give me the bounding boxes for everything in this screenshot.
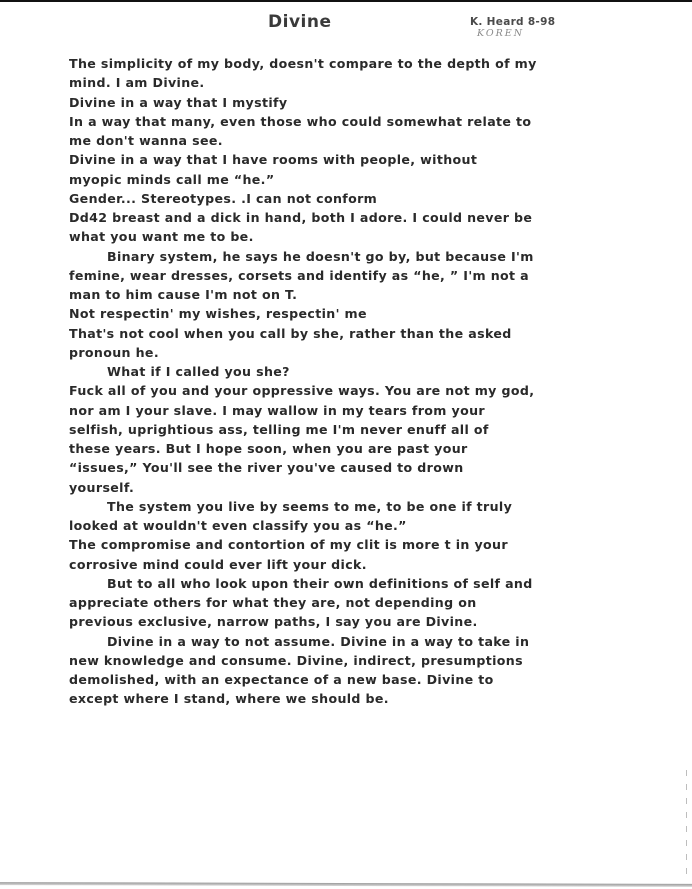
text-line: Dd42 breast and a dick in hand, both I a… (69, 208, 629, 227)
text-line: appreciate others for what they are, not… (69, 593, 629, 612)
text-line: demolished, with an expectance of a new … (69, 670, 629, 689)
text-line: That's not cool when you call by she, ra… (69, 324, 629, 343)
text-line: Gender... Stereotypes. .I can not confor… (69, 189, 629, 208)
text-line: But to all who look upon their own defin… (69, 574, 629, 593)
text-line: mind. I am Divine. (69, 73, 629, 92)
text-line: nor am I your slave. I may wallow in my … (69, 401, 629, 420)
text-line: Divine in a way that I have rooms with p… (69, 150, 629, 169)
text-line: except where I stand, where we should be… (69, 689, 629, 708)
poem-body: The simplicity of my body, doesn't compa… (69, 54, 629, 709)
scan-top-border (0, 0, 692, 2)
text-line: What if I called you she? (69, 362, 629, 381)
text-line: myopic minds call me “he.” (69, 170, 629, 189)
text-line: yourself. (69, 478, 629, 497)
text-line: The system you live by seems to me, to b… (69, 497, 629, 516)
text-line: Fuck all of you and your oppressive ways… (69, 381, 629, 400)
scan-bottom-edge (0, 882, 692, 887)
text-line: The simplicity of my body, doesn't compa… (69, 54, 629, 73)
text-line: previous exclusive, narrow paths, I say … (69, 612, 629, 631)
text-line: looked at wouldn't even classify you as … (69, 516, 629, 535)
text-line: corrosive mind could ever lift your dick… (69, 555, 629, 574)
text-line: femine, wear dresses, corsets and identi… (69, 266, 629, 285)
text-line: Divine in a way to not assume. Divine in… (69, 632, 629, 651)
text-line: new knowledge and consume. Divine, indir… (69, 651, 629, 670)
scan-right-edge (686, 770, 687, 880)
text-line: what you want me to be. (69, 227, 629, 246)
handwritten-annotation: KOREN (477, 28, 524, 39)
text-line: Divine in a way that I mystify (69, 93, 629, 112)
text-line: pronoun he. (69, 343, 629, 362)
text-line: The compromise and contortion of my clit… (69, 535, 629, 554)
document-title: Divine (268, 12, 331, 32)
text-line: man to him cause I'm not on T. (69, 285, 629, 304)
text-line: “issues,” You'll see the river you've ca… (69, 458, 629, 477)
text-line: selfish, uprightious ass, telling me I'm… (69, 420, 629, 439)
author-date-line: K. Heard 8-98 (470, 16, 555, 28)
text-line: these years. But I hope soon, when you a… (69, 439, 629, 458)
text-line: Not respectin' my wishes, respectin' me (69, 304, 629, 323)
text-line: In a way that many, even those who could… (69, 112, 629, 131)
text-line: me don't wanna see. (69, 131, 629, 150)
text-line: Binary system, he says he doesn't go by,… (69, 247, 629, 266)
